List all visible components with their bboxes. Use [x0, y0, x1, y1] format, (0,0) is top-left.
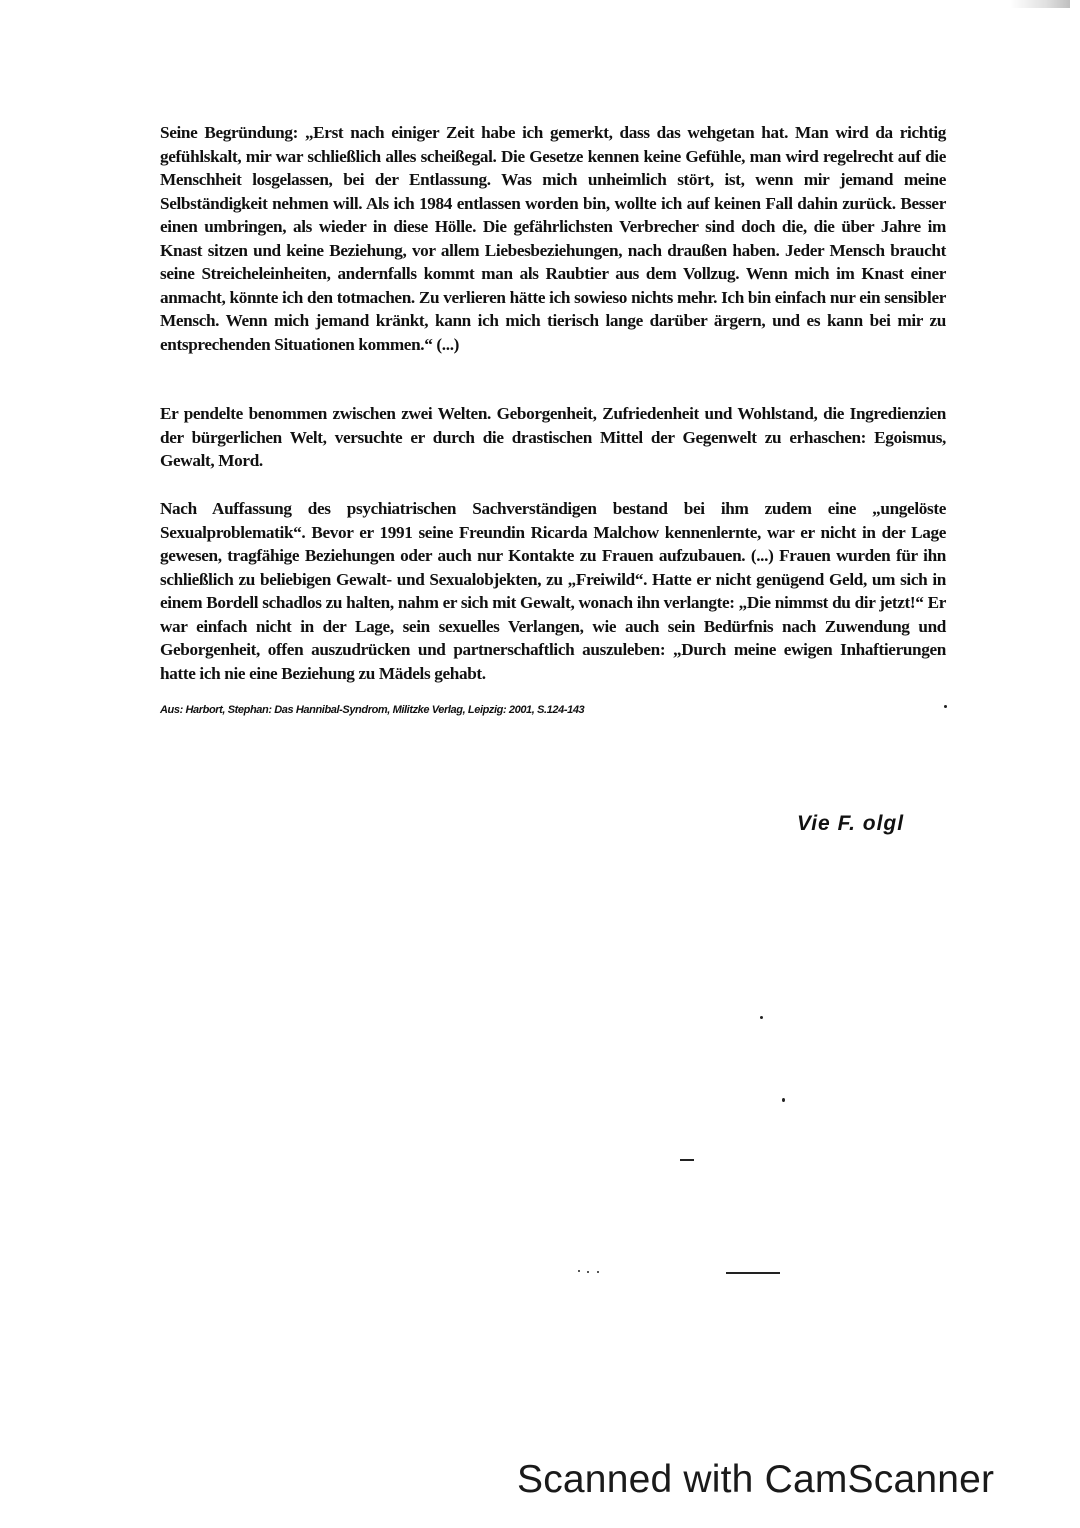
paragraph-two-worlds: Er pendelte benommen zwischen zwei Welte… — [160, 402, 946, 497]
scan-speck — [578, 1270, 580, 1272]
camscanner-watermark: Scanned with CamScanner — [517, 1458, 994, 1502]
scan-artifact — [1010, 0, 1070, 8]
scan-dash — [680, 1159, 694, 1161]
scan-speck — [782, 1098, 785, 1102]
paragraph-text: Seine Begründung: „Erst nach einiger Zei… — [160, 121, 946, 356]
handwritten-signature: Vie F. olgl — [797, 812, 904, 836]
scan-speck — [587, 1271, 589, 1273]
paragraph-psychiatric-assessment: Nach Auffassung des psychiatrischen Sach… — [160, 497, 946, 709]
scan-dash — [726, 1272, 780, 1274]
paragraph-text: Er pendelte benommen zwischen zwei Welte… — [160, 402, 946, 473]
source-citation: Aus: Harbort, Stephan: Das Hannibal-Synd… — [160, 704, 584, 716]
scan-speck — [760, 1016, 763, 1019]
scanned-page: Seine Begründung: „Erst nach einiger Zei… — [0, 0, 1080, 1528]
scan-speck — [944, 705, 947, 708]
scan-speck — [597, 1271, 599, 1273]
paragraph-text: Nach Auffassung des psychiatrischen Sach… — [160, 497, 946, 685]
paragraph-quote: Seine Begründung: „Erst nach einiger Zei… — [160, 121, 946, 380]
